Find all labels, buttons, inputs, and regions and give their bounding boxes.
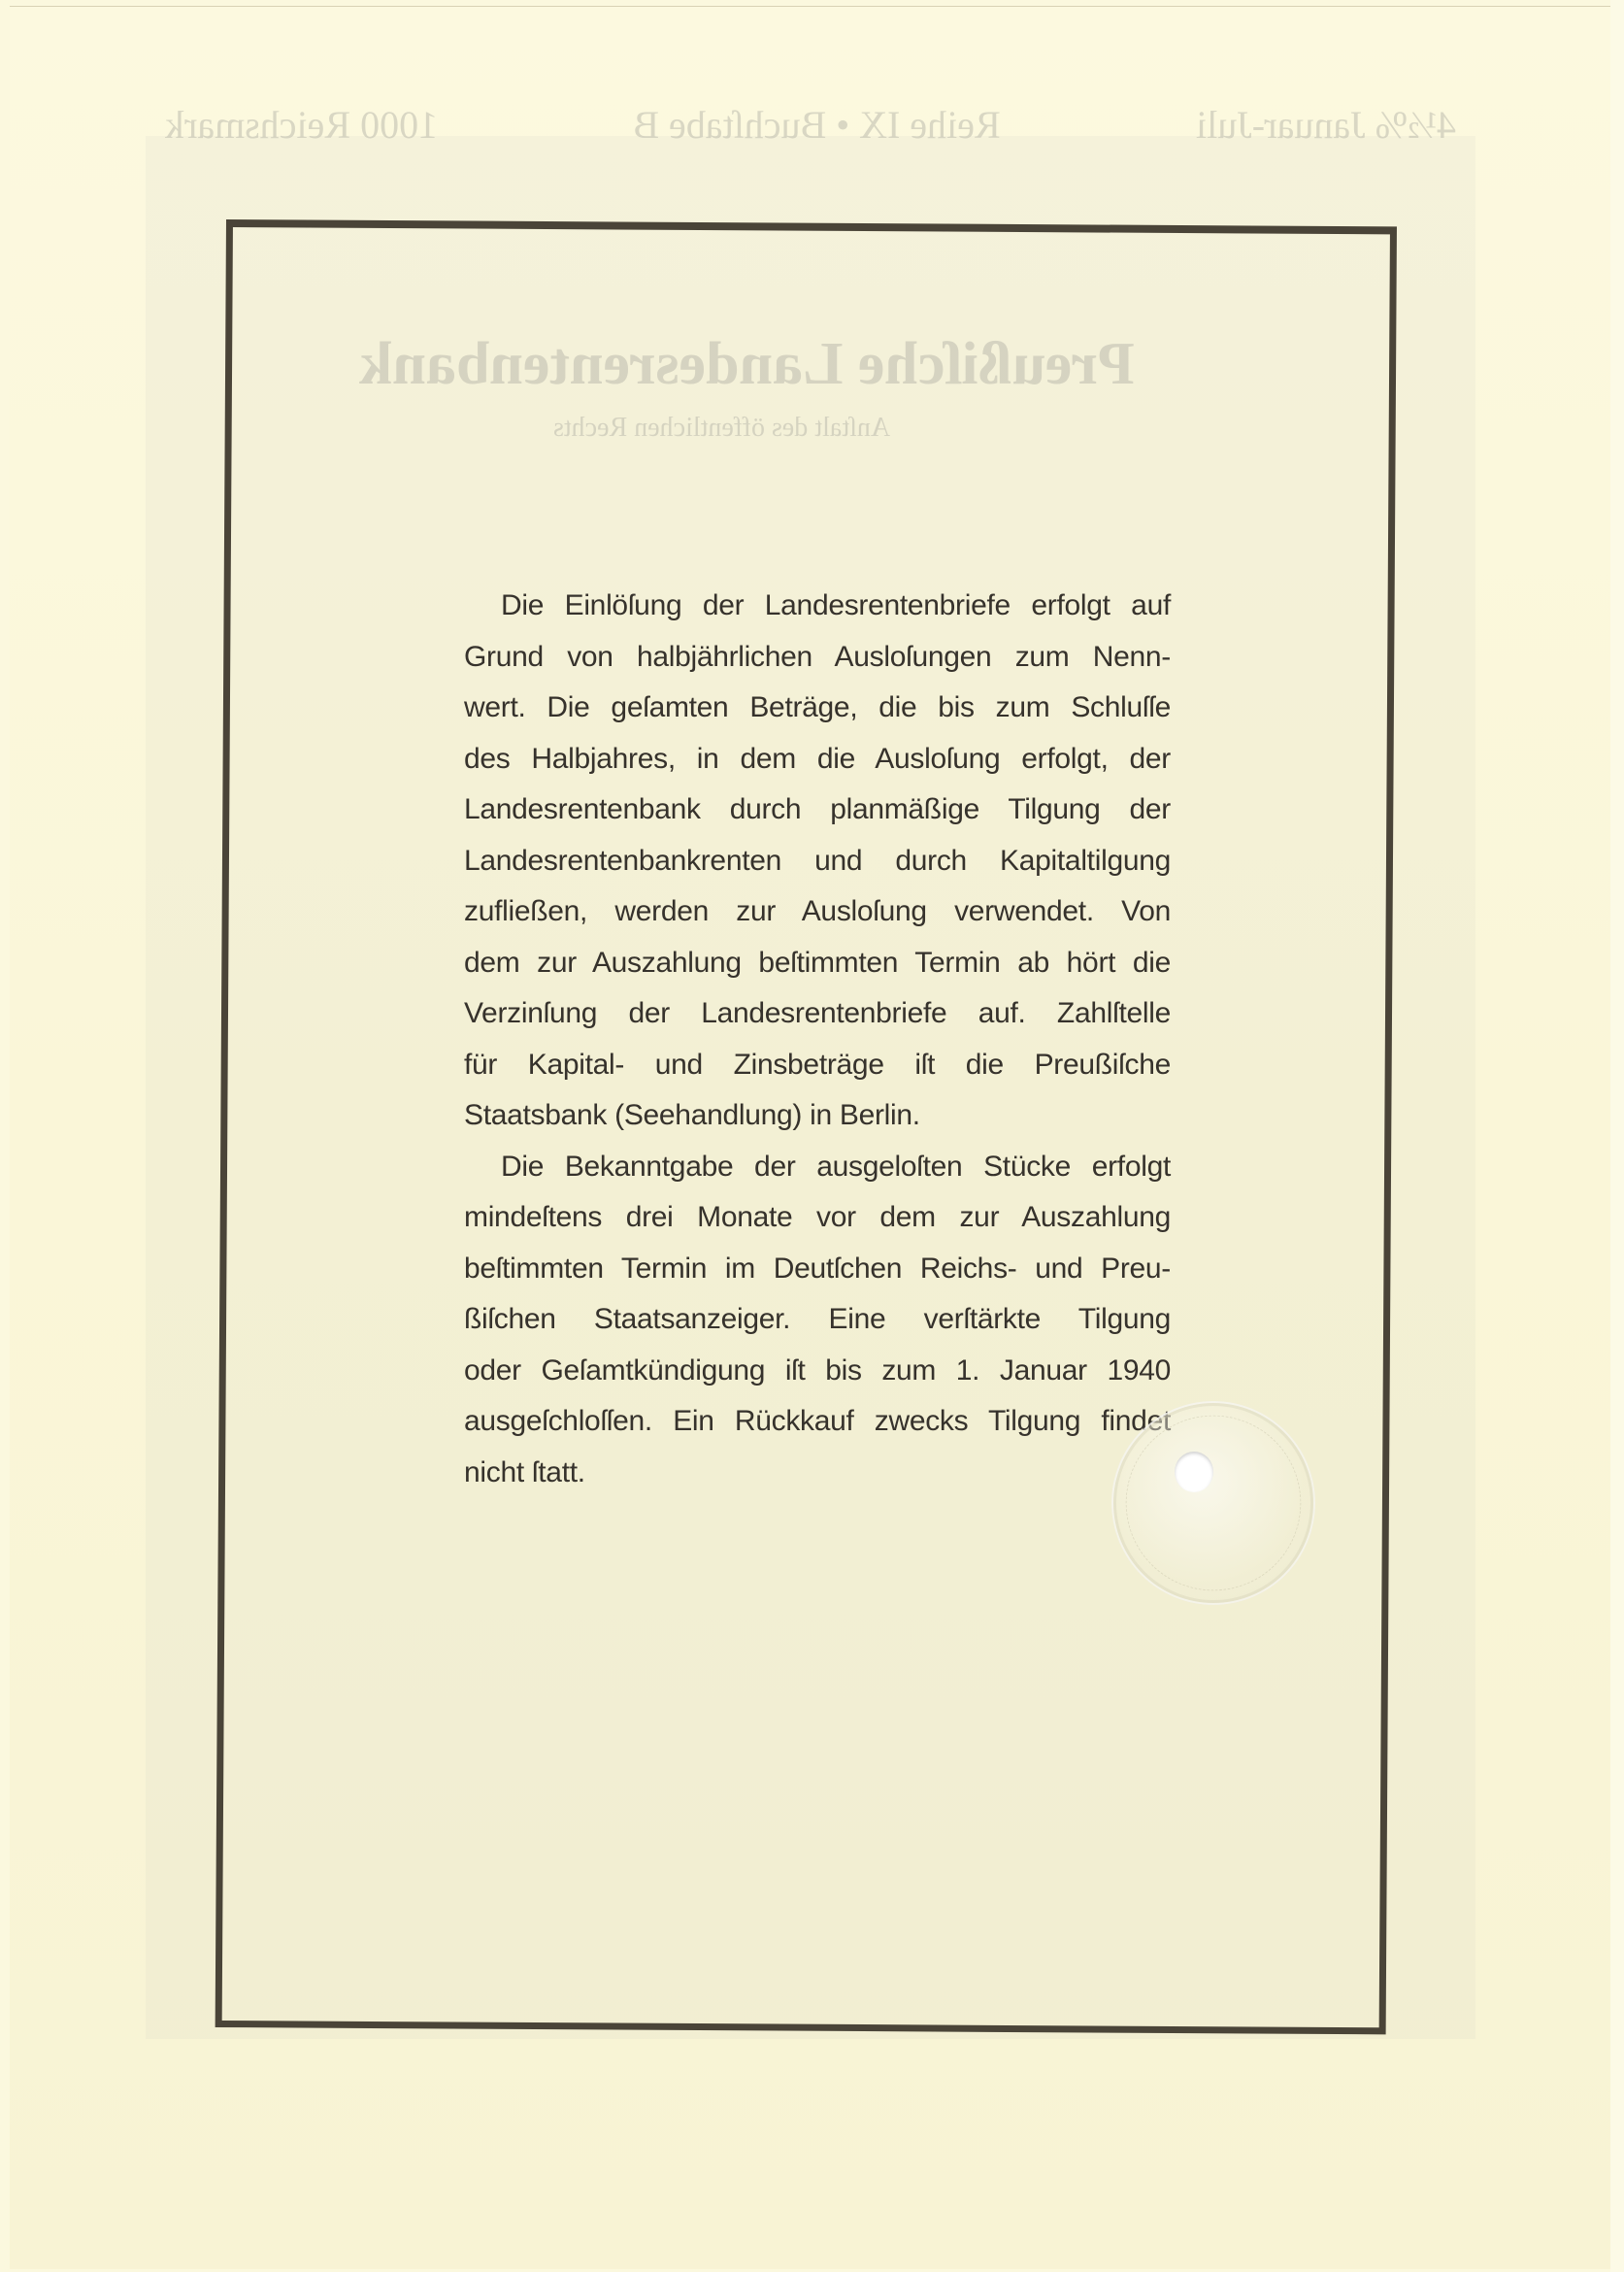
terms-text: Die Einlöſung der Landesrentenbriefe erf…: [464, 581, 1171, 1498]
text-line: mindeſtens drei Monate vor dem zur Ausza…: [464, 1192, 1171, 1244]
text-line: ßiſchen Staatsanzeiger. Eine verſtärkte …: [464, 1294, 1171, 1346]
text-line: Staatsbank (Seehandlung) in Berlin.: [464, 1090, 1171, 1142]
page-edge: [1610, 0, 1624, 2272]
punch-hole-icon: [1175, 1452, 1213, 1492]
text-line: nicht ſtatt.: [464, 1448, 1171, 1499]
showthrough-header-left: 4½% Januar-Juli: [1196, 102, 1456, 148]
text-line: des Halbjahres, in dem die Ausloſung erf…: [464, 734, 1171, 785]
showthrough-header-center: Reihe IX • Buchſtabe B: [633, 102, 1000, 148]
paragraph-announcement: Die Bekanntgabe der ausgeloſten Stücke e…: [464, 1142, 1171, 1499]
text-line: für Kapital- und Zinsbeträge iſt die Pre…: [464, 1040, 1171, 1091]
text-line: Die Einlöſung der Landesrentenbriefe erf…: [464, 581, 1171, 632]
text-line: Die Bekanntgabe der ausgeloſten Stücke e…: [464, 1142, 1171, 1193]
text-line: Grund von halbjährlichen Ausloſungen zum…: [464, 632, 1171, 684]
text-line: oder Geſamtkündigung iſt bis zum 1. Janu…: [464, 1346, 1171, 1397]
seal-ring: [1126, 1416, 1302, 1591]
text-line: wert. Die geſamten Beträge, die bis zum …: [464, 683, 1171, 734]
text-line: Landesrentenbank durch planmäßige Tilgun…: [464, 785, 1171, 836]
text-line: dem zur Auszahlung beſtimmten Termin ab …: [464, 938, 1171, 989]
text-line: beſtimmten Termin im Deutſchen Reichs- u…: [464, 1244, 1171, 1295]
text-line: zufließen, werden zur Ausloſung verwende…: [464, 886, 1171, 938]
showthrough-header-right: 1000 Reichsmark: [165, 102, 438, 148]
showthrough-header: 4½% Januar-Juli Reihe IX • Buchſtabe B 1…: [165, 102, 1456, 148]
paragraph-redemption: Die Einlöſung der Landesrentenbriefe erf…: [464, 581, 1171, 1142]
text-line: Landesrentenbankrenten und durch Kapital…: [464, 836, 1171, 887]
text-line: ausgeſchloſſen. Ein Rückkauf zwecks Tilg…: [464, 1396, 1171, 1448]
text-line: Verzinſung der Landesrentenbriefe auf. Z…: [464, 988, 1171, 1040]
